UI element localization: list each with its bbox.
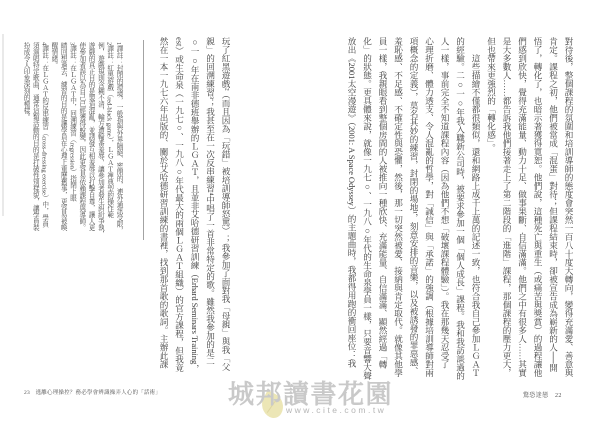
text-column: 然在一本一九七六年出版的、關於艾哈德研習訓練的書裡，找到那首歌的歌詞。主辦此課 <box>156 37 172 387</box>
text-column: est）或生命泉（一九七○、一九八○年代最大的兩個ＬＧＡＴ組織）的官方課程，但我… <box>171 37 187 387</box>
footnote-column: 醒情緒。 <box>49 42 58 244</box>
footnote-column: 須演唱特定歌曲，通常這類活動的目的是打破性別樣貌，讓學員裝 <box>30 42 39 244</box>
text-column: 是大多數人……都告訴我他們接著走上了第二階段的「進階」課程，那個課程的壓力更大， <box>499 37 515 387</box>
watermark-url-text: www.cite.com.tw <box>286 405 386 415</box>
book-spread-scan: 對待後，整個課程的氛圍和培訓導師的態度會突然一百八十度大轉向，變得充滿愛、善意與… <box>0 0 600 425</box>
left-page-footer: 23 逃離心理操控？務必學會辨識操弄人心的「話術」 <box>24 388 161 396</box>
right-page-footer: 驚恐迷戀 22 <box>523 390 562 399</box>
text-column: 親」的回溯練習³；我甚至在一次反串練習⁴中唱了一首非常特定的歌。雖然我參加的是二 <box>202 37 218 387</box>
footnote-column: 3譯註：在ＬＧＡＴ中，回溯練習（regression）指閉上眼 <box>67 42 76 244</box>
text-column: 玩了紅黑遊戲²（而且因為「玩錯」被培訓導師怒罵）；我參加了面對我「母親」與我「父 <box>218 37 234 387</box>
right-page-text-block: 對待後，整個課程的氛圍和培訓導師的態度會突然一百八十度大轉向，變得充滿愛、善意與… <box>336 37 576 387</box>
text-column: 員一樣，我親眼看到整個房間的人被推向一種欣快、充滿能量、自信滿滿、顯然經過「轉 <box>375 37 391 387</box>
footnote-column: 遊戲的真正目的是製造混亂，並誘發互相羞辱以打擊自尊，讓人更 <box>86 42 95 244</box>
footnote-separator-rule <box>143 40 144 240</box>
text-column: 肯定。課程之初，他們被當成「混蛋」對待；但課程結束時，卻被宣告成為嶄新的人──開 <box>545 37 561 387</box>
text-column: 的經驗。二○一○年我入職新公司時，被要求參加一個「個人成長」課程。我和我訪談過的 <box>452 37 468 387</box>
footnote-column: 睛回想過去，練習的目的是讓學員在心理上重歷舊事，更容易被喚 <box>58 42 67 244</box>
text-column: 化」的狀態。更具體來說，就像一九七○、一九八○年代的生命泉學員一樣，只要音響大聲 <box>359 37 375 387</box>
text-column: 對待後，整個課程的氛圍和培訓導師的態度會突然一百八十度大轉向，變得充滿愛、善意與 <box>561 37 577 387</box>
text-column: 們感到欣快，覺得充滿能量、動力十足、做事果斷、自信滿滿。他們之中有很多人……其實 <box>514 37 530 387</box>
scan-edge-shadow <box>2 34 4 216</box>
left-page-text-block: 玩了紅黑遊戲²（而且因為「玩錯」被培訓導師怒罵）；我參加了面對我「母親」與我「父… <box>155 37 233 387</box>
footnote-column: 使參加者誤以為自己已經獲得蛻變，因此更容易依賴課程與導師。 <box>77 42 86 244</box>
footnote-column: 扮成令人印象深刻的模樣。 <box>21 42 30 244</box>
text-column: 但也帶來更強烈的「轉化感」。 <box>483 37 499 387</box>
text-column: 這些描繪不僅都很類似，還和網路上成千上萬的記述一致，也符合我自己參加ＬＧＡＴ <box>468 37 484 387</box>
footnote-column: 1譯註：封閉的環境，一般指與外界隔絕、密閉的，連外通訊受限， <box>114 42 123 244</box>
text-column: 人一樣，事前完全不知道課程內容（因為他們不想「破壞課程體驗」）。我在那幾天忍受了 <box>437 37 453 387</box>
footnotes-block: 1譯註：封閉的環境，一般指與外界隔絕、密閉的，連外通訊受限， 2譯註：紅黑遊戲（… <box>20 42 123 244</box>
footnote-column: 2譯註：紅黑遊戲（red-black game），ＬＧＡＴ裡典型的操作範 <box>104 42 113 244</box>
text-column: 悟了，轉化了，也暗示著獲得寬恕。他們說，這種死亡與重生（或痛苦與獎賞）的過程讓他 <box>530 37 546 387</box>
footnote-column: 例，遊戲規則含糊不清，輸方遭輪番羞辱，讓參加者發生糾紛爭執， <box>95 42 104 244</box>
text-column: 羞恥感、不足感、不確定性與恐懼，然後，那一切突然被愛、接納與肯定取代。就像其他學 <box>390 37 406 387</box>
footnote-column: 4譯註：在ＬＧＡＴ的反串練習（cross-dressing exercise）中… <box>39 42 48 244</box>
text-column: ○一○年在南非德班舉辦的ＬＧＡＴ，且並非艾哈德研習訓練（Erhard Semin… <box>187 37 203 387</box>
text-column: 放出《2001太空漫遊》（2001: A Space Odyssey）的主題曲時… <box>344 37 360 387</box>
text-column: 心理折磨、體力透支、令人混亂的哲學，對「誠信」與「承諾」的強調（根據培訓導師對兩 <box>421 37 437 387</box>
text-column: 項概念的定義），莫名其妙的練習，封閉的場地¹，刻意安排的音樂，以及被誘發的罪惡感… <box>406 37 422 387</box>
